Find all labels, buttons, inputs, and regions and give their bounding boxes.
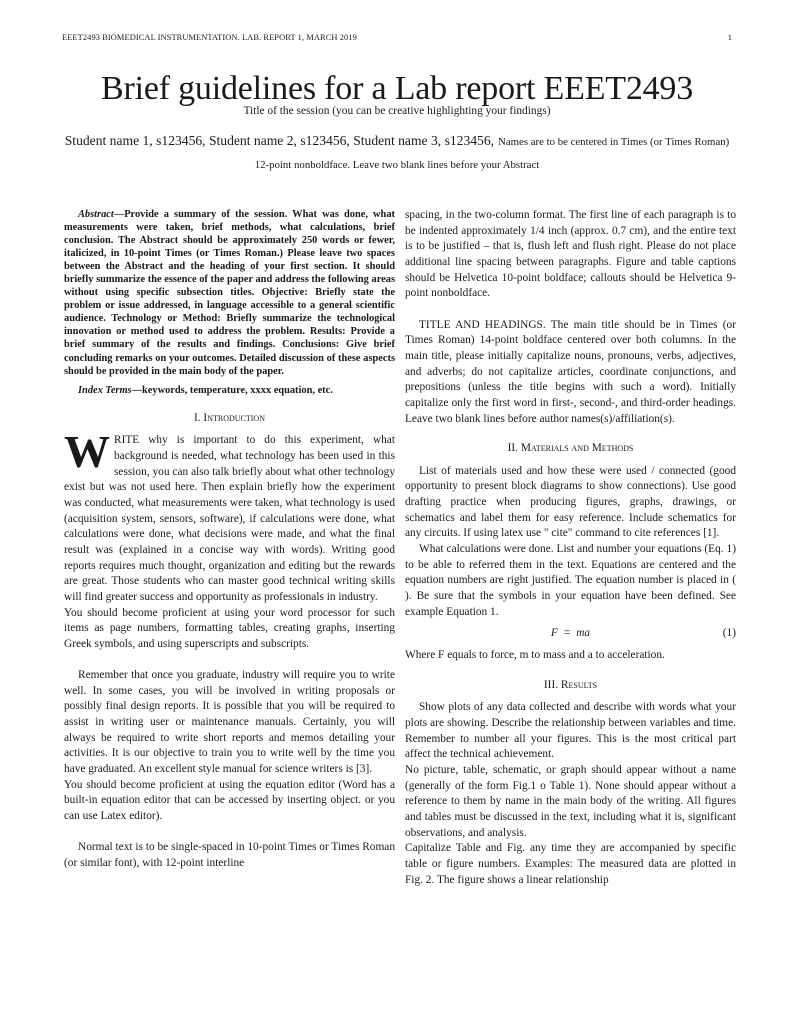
intro-paragraph-5-start: Normal text is to be single-spaced in 10… bbox=[64, 840, 395, 871]
paper-title: Brief guidelines for a Lab report EEET24… bbox=[0, 70, 794, 108]
equation-operator: = bbox=[558, 626, 576, 642]
running-title: EEET2493 BIOMEDICAL INSTRUMENTATION. LAB… bbox=[62, 33, 357, 42]
intro-paragraph-1: WRITE why is important to do this experi… bbox=[64, 433, 395, 605]
drop-cap: W bbox=[64, 434, 110, 468]
intro-paragraph-4: You should become proficient at using th… bbox=[64, 778, 395, 825]
paper-subtitle: Title of the session (you can be creativ… bbox=[0, 105, 794, 117]
abstract-label: Abstract bbox=[78, 209, 114, 220]
abstract: Abstract—Provide a summary of the sessio… bbox=[64, 208, 395, 378]
abstract-text: —Provide a summary of the session. What … bbox=[64, 209, 395, 377]
page-number: 1 bbox=[728, 33, 732, 42]
section-heading-introduction: I. Introduction bbox=[64, 411, 395, 427]
methods-paragraph-1: List of materials used and how these wer… bbox=[405, 464, 736, 542]
methods-paragraph-2: What calculations were done. List and nu… bbox=[405, 542, 736, 620]
intro-paragraph-5-continued: spacing, in the two-column format. The f… bbox=[405, 208, 736, 302]
results-paragraph-1: Show plots of any data collected and des… bbox=[405, 700, 736, 763]
equation-rhs: ma bbox=[576, 626, 590, 642]
index-terms-label: Index Terms bbox=[78, 385, 132, 396]
index-terms-text: —keywords, temperature, xxxx equation, e… bbox=[132, 385, 333, 396]
methods-paragraph-3: Where F equals to force, m to mass and a… bbox=[405, 648, 736, 664]
left-column: Abstract—Provide a summary of the sessio… bbox=[64, 208, 395, 872]
intro-paragraph-1-text: RITE why is important to do this experim… bbox=[64, 434, 395, 603]
equation-lhs: F bbox=[551, 626, 558, 642]
intro-paragraph-6: TITLE AND HEADINGS. The main title shoul… bbox=[405, 318, 736, 428]
running-header: EEET2493 BIOMEDICAL INSTRUMENTATION. LAB… bbox=[62, 33, 732, 42]
intro-paragraph-3: Remember that once you graduate, industr… bbox=[64, 668, 395, 778]
intro-paragraph-2: You should become proficient at using yo… bbox=[64, 606, 395, 653]
author-block: Student name 1, s123456, Student name 2,… bbox=[62, 130, 732, 176]
results-paragraph-3: Capitalize Table and Fig. any time they … bbox=[405, 841, 736, 888]
results-paragraph-2: No picture, table, schematic, or graph s… bbox=[405, 763, 736, 841]
paragraph-gap bbox=[64, 653, 395, 669]
author-names: Student name 1, s123456, Student name 2,… bbox=[65, 133, 494, 148]
section-heading-results: III. Results bbox=[405, 678, 736, 694]
equation-1: F = ma (1) bbox=[405, 626, 736, 642]
section-heading-materials-methods: II. Materials and Methods bbox=[405, 441, 736, 457]
paragraph-gap bbox=[64, 825, 395, 841]
right-column: spacing, in the two-column format. The f… bbox=[405, 208, 736, 888]
index-terms: Index Terms—keywords, temperature, xxxx … bbox=[64, 384, 395, 397]
paragraph-gap bbox=[405, 302, 736, 318]
equation-number: (1) bbox=[723, 626, 736, 642]
